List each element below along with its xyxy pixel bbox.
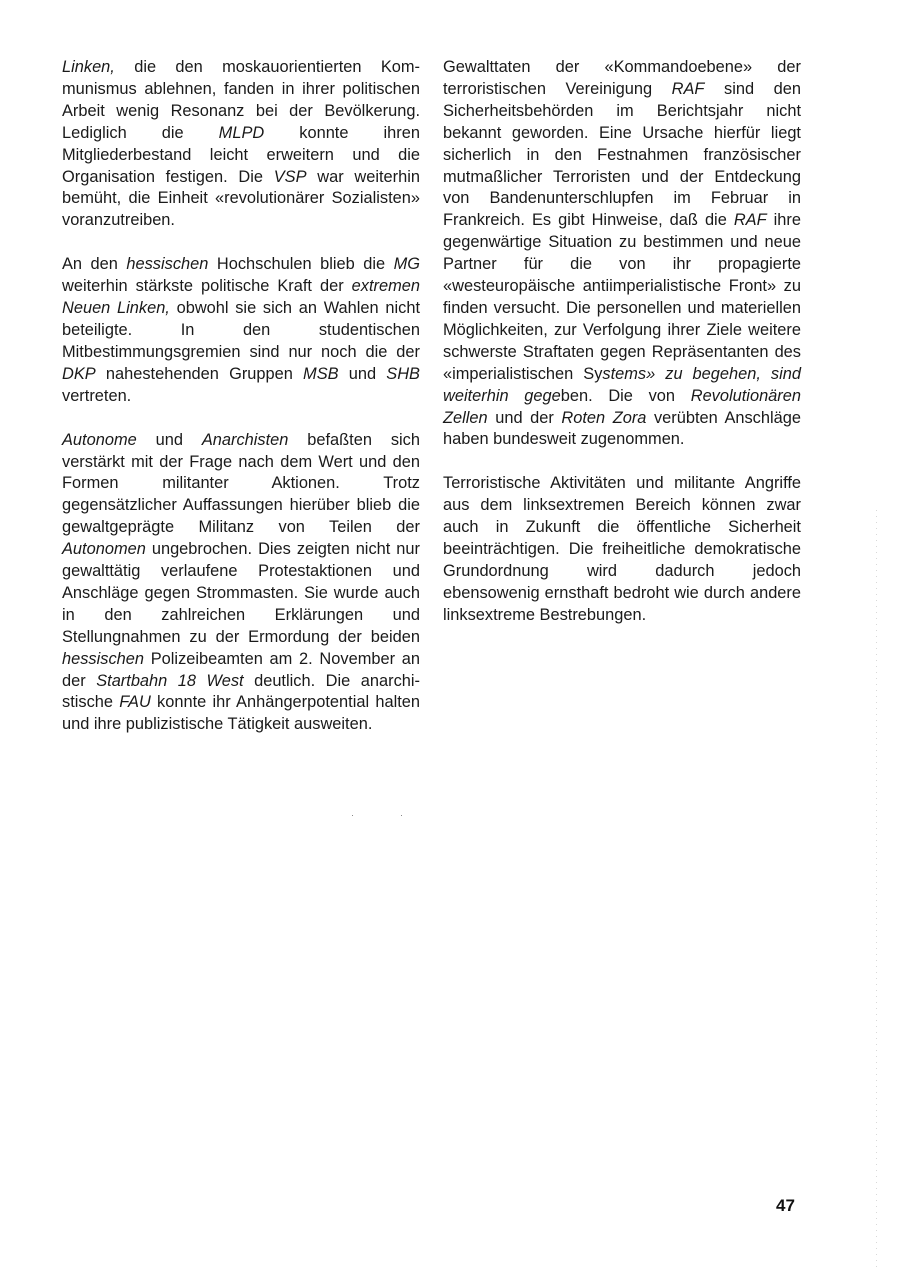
scan-artifact-dot (401, 815, 402, 816)
right-column: Gewalttaten der «Kommandoebene» der terr… (443, 57, 801, 649)
body-text: und der (488, 409, 562, 427)
emphasized-text: RAF (734, 211, 767, 229)
scan-artifact-edge (876, 510, 877, 1270)
emphasized-text: SHB (386, 365, 420, 383)
left-column: Linken, die den moskauorientierten Kom­m… (62, 57, 420, 758)
paragraph: Linken, die den moskauorientierten Kom­m… (62, 57, 420, 232)
emphasized-text: MG (394, 255, 420, 273)
emphasized-text: hessischen (126, 255, 208, 273)
body-text: sind den Sicherheitsbehörden im Berichts… (443, 80, 801, 229)
page-number: 47 (776, 1196, 795, 1216)
emphasized-text: hessischen (62, 650, 144, 668)
body-text: ihre gegenwärtige Situa­tion zu bestimme… (443, 211, 801, 382)
emphasized-text: VSP (274, 168, 307, 186)
paragraph: An den hessischen Hochschulen blieb die … (62, 254, 420, 407)
body-text: Terroristische Aktivitäten und militante… (443, 474, 801, 623)
emphasized-text: RAF (672, 80, 705, 98)
body-text: An den (62, 255, 126, 273)
scan-artifact-dot (352, 815, 353, 816)
emphasized-text: MLPD (219, 124, 265, 142)
body-text: ben. Die von (561, 387, 691, 405)
emphasized-text: MSB (303, 365, 339, 383)
body-text: vertreten. (62, 387, 131, 405)
emphasized-text: FAU (119, 693, 151, 711)
body-text: und (137, 431, 202, 449)
emphasized-text: Roten Zora (561, 409, 646, 427)
paragraph: Terroristische Aktivitäten und militante… (443, 473, 801, 626)
emphasized-text: Anarchisten (202, 431, 289, 449)
body-text: Hochschulen blieb die (208, 255, 393, 273)
document-page: Linken, die den moskauorientierten Kom­m… (0, 0, 900, 1276)
paragraph: Autonome und Anarchisten befaßten sich v… (62, 430, 420, 737)
emphasized-text: Linken, (62, 58, 115, 76)
emphasized-text: Startbahn 18 West (96, 672, 243, 690)
emphasized-text: Autonomen (62, 540, 146, 558)
body-text: weiterhin stärkste politische Kraft der (62, 277, 352, 295)
body-text: und (339, 365, 387, 383)
emphasized-text: Autonome (62, 431, 137, 449)
body-text: nahestehenden Grup­pen (96, 365, 303, 383)
emphasized-text: DKP (62, 365, 96, 383)
paragraph: Gewalttaten der «Kommandoebene» der terr… (443, 57, 801, 451)
